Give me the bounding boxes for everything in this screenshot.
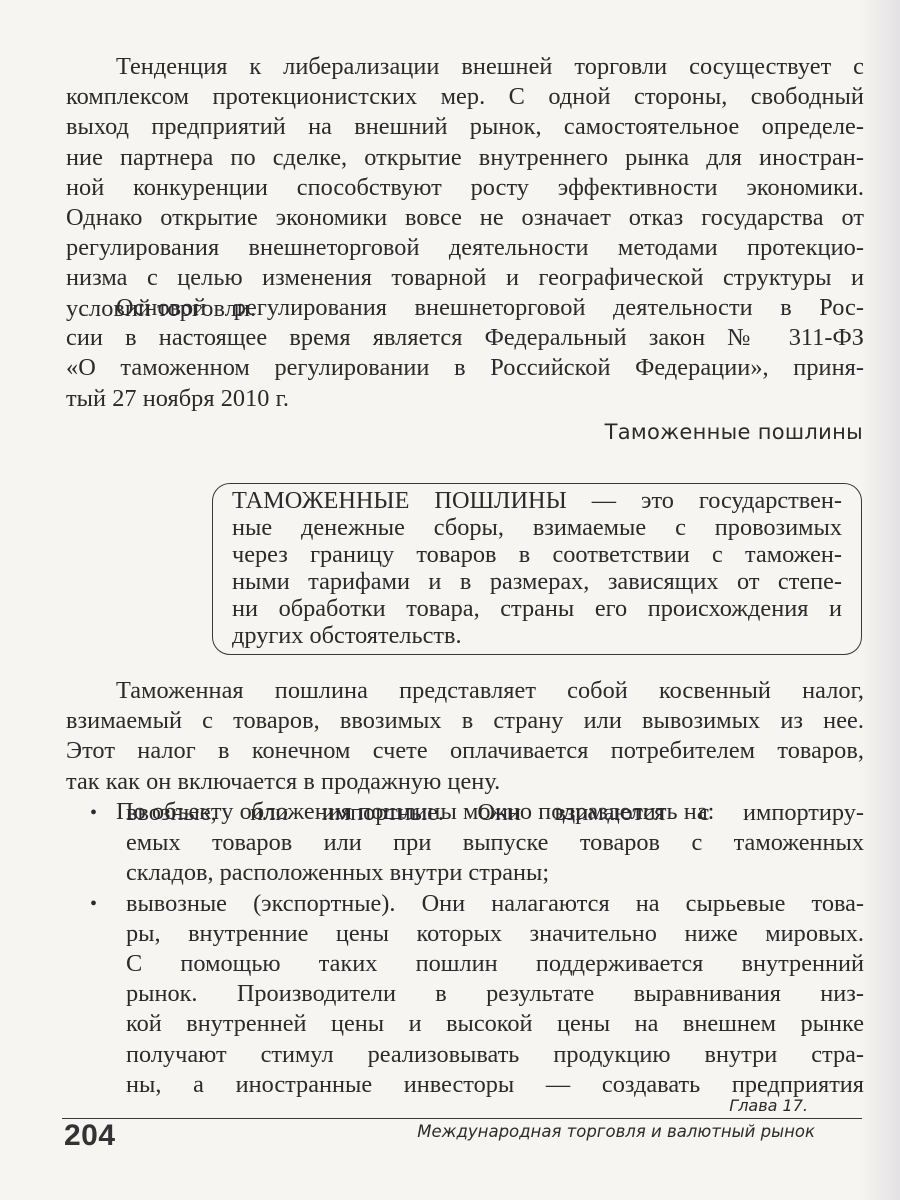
text-line: ры, внутренние цены которых значительно …: [126, 919, 864, 949]
text-line: кой внутренней цены и высокой цены на вн…: [126, 1009, 864, 1039]
definition-line: ные денежные сборы, взимаемые с провозим…: [232, 514, 842, 541]
text-line: Основой регулирования внешнеторговой дея…: [66, 293, 864, 323]
text-line: ной конкуренции способствуют росту эффек…: [66, 173, 864, 203]
text-line: ние партнера по сделке, открытие внутрен…: [66, 143, 864, 173]
text-line: Таможенная пошлина представляет собой ко…: [66, 676, 864, 706]
text-line: «О таможенном регулировании в Российской…: [66, 353, 864, 383]
paragraph-liberalization: Тенденция к либерализации внешней торгов…: [66, 52, 864, 324]
text-line: ввозные, или импортные. Они взимаются с …: [126, 798, 864, 828]
definition-text: ТАМОЖЕННЫЕ ПОШЛИНЫ — это государствен- н…: [232, 487, 842, 649]
bullet-icon: •: [90, 798, 97, 828]
definition-line: других обстоятельств.: [232, 622, 842, 649]
text-line: низма с целью изменения товарной и геогр…: [66, 263, 864, 293]
text-line: С помощью таких пошлин поддерживается вн…: [126, 949, 864, 979]
text-line: Тенденция к либерализации внешней торгов…: [66, 52, 864, 82]
paragraph-federal-law: Основой регулирования внешнеторговой дея…: [66, 293, 864, 414]
definition-line: ТАМОЖЕННЫЕ ПОШЛИНЫ — это государствен-: [232, 487, 842, 514]
text-line: регулирования внешнеторговой деятельност…: [66, 233, 864, 263]
text-line: Этот налог в конечном счете оплачивается…: [66, 736, 864, 766]
text-line: складов, расположенных внутри страны;: [126, 858, 864, 888]
text-line: емых товаров или при выпуске товаров с т…: [126, 828, 864, 858]
text-line: выход предприятий на внешний рынок, само…: [66, 112, 864, 142]
footer-divider: [62, 1118, 862, 1119]
text-line: рынок. Производители в результате выравн…: [126, 979, 864, 1009]
text-line: так как он включается в продажную цену.: [66, 767, 864, 797]
bullet-icon: •: [90, 889, 97, 919]
list-item-import-duties: • ввозные, или импортные. Они взимаются …: [126, 798, 864, 889]
definition-line: ни обработки товара, страны его происхож…: [232, 595, 842, 622]
footer-chapter-label: Глава 17.: [729, 1096, 808, 1115]
list-item-export-duties: • вывозные (экспортные). Они налагаются …: [126, 889, 864, 1100]
text-line: получают стимул реализовывать продукцию …: [126, 1040, 864, 1070]
section-heading: Таможенные пошлины: [605, 420, 863, 444]
text-line: взимаемый с товаров, ввозимых в страну и…: [66, 706, 864, 736]
page-edge-shadow: [860, 0, 900, 1200]
text-line: Однако открытие экономики вовсе не означ…: [66, 203, 864, 233]
text-line: вывозные (экспортные). Они налагаются на…: [126, 889, 864, 919]
page-number: 204: [64, 1119, 116, 1153]
text-line: тый 27 ноября 2010 г.: [66, 384, 864, 414]
definition-line: через границу товаров в соответствии с т…: [232, 541, 842, 568]
text-line: комплексом протекционистских мер. С одно…: [66, 82, 864, 112]
duty-types-list: • ввозные, или импортные. Они взимаются …: [126, 798, 864, 1100]
footer-chapter-title: Международная торговля и валютный рынок: [417, 1122, 815, 1141]
definition-line: ными тарифами и в размерах, зависящих от…: [232, 568, 842, 595]
text-line: сии в настоящее время является Федеральн…: [66, 323, 864, 353]
